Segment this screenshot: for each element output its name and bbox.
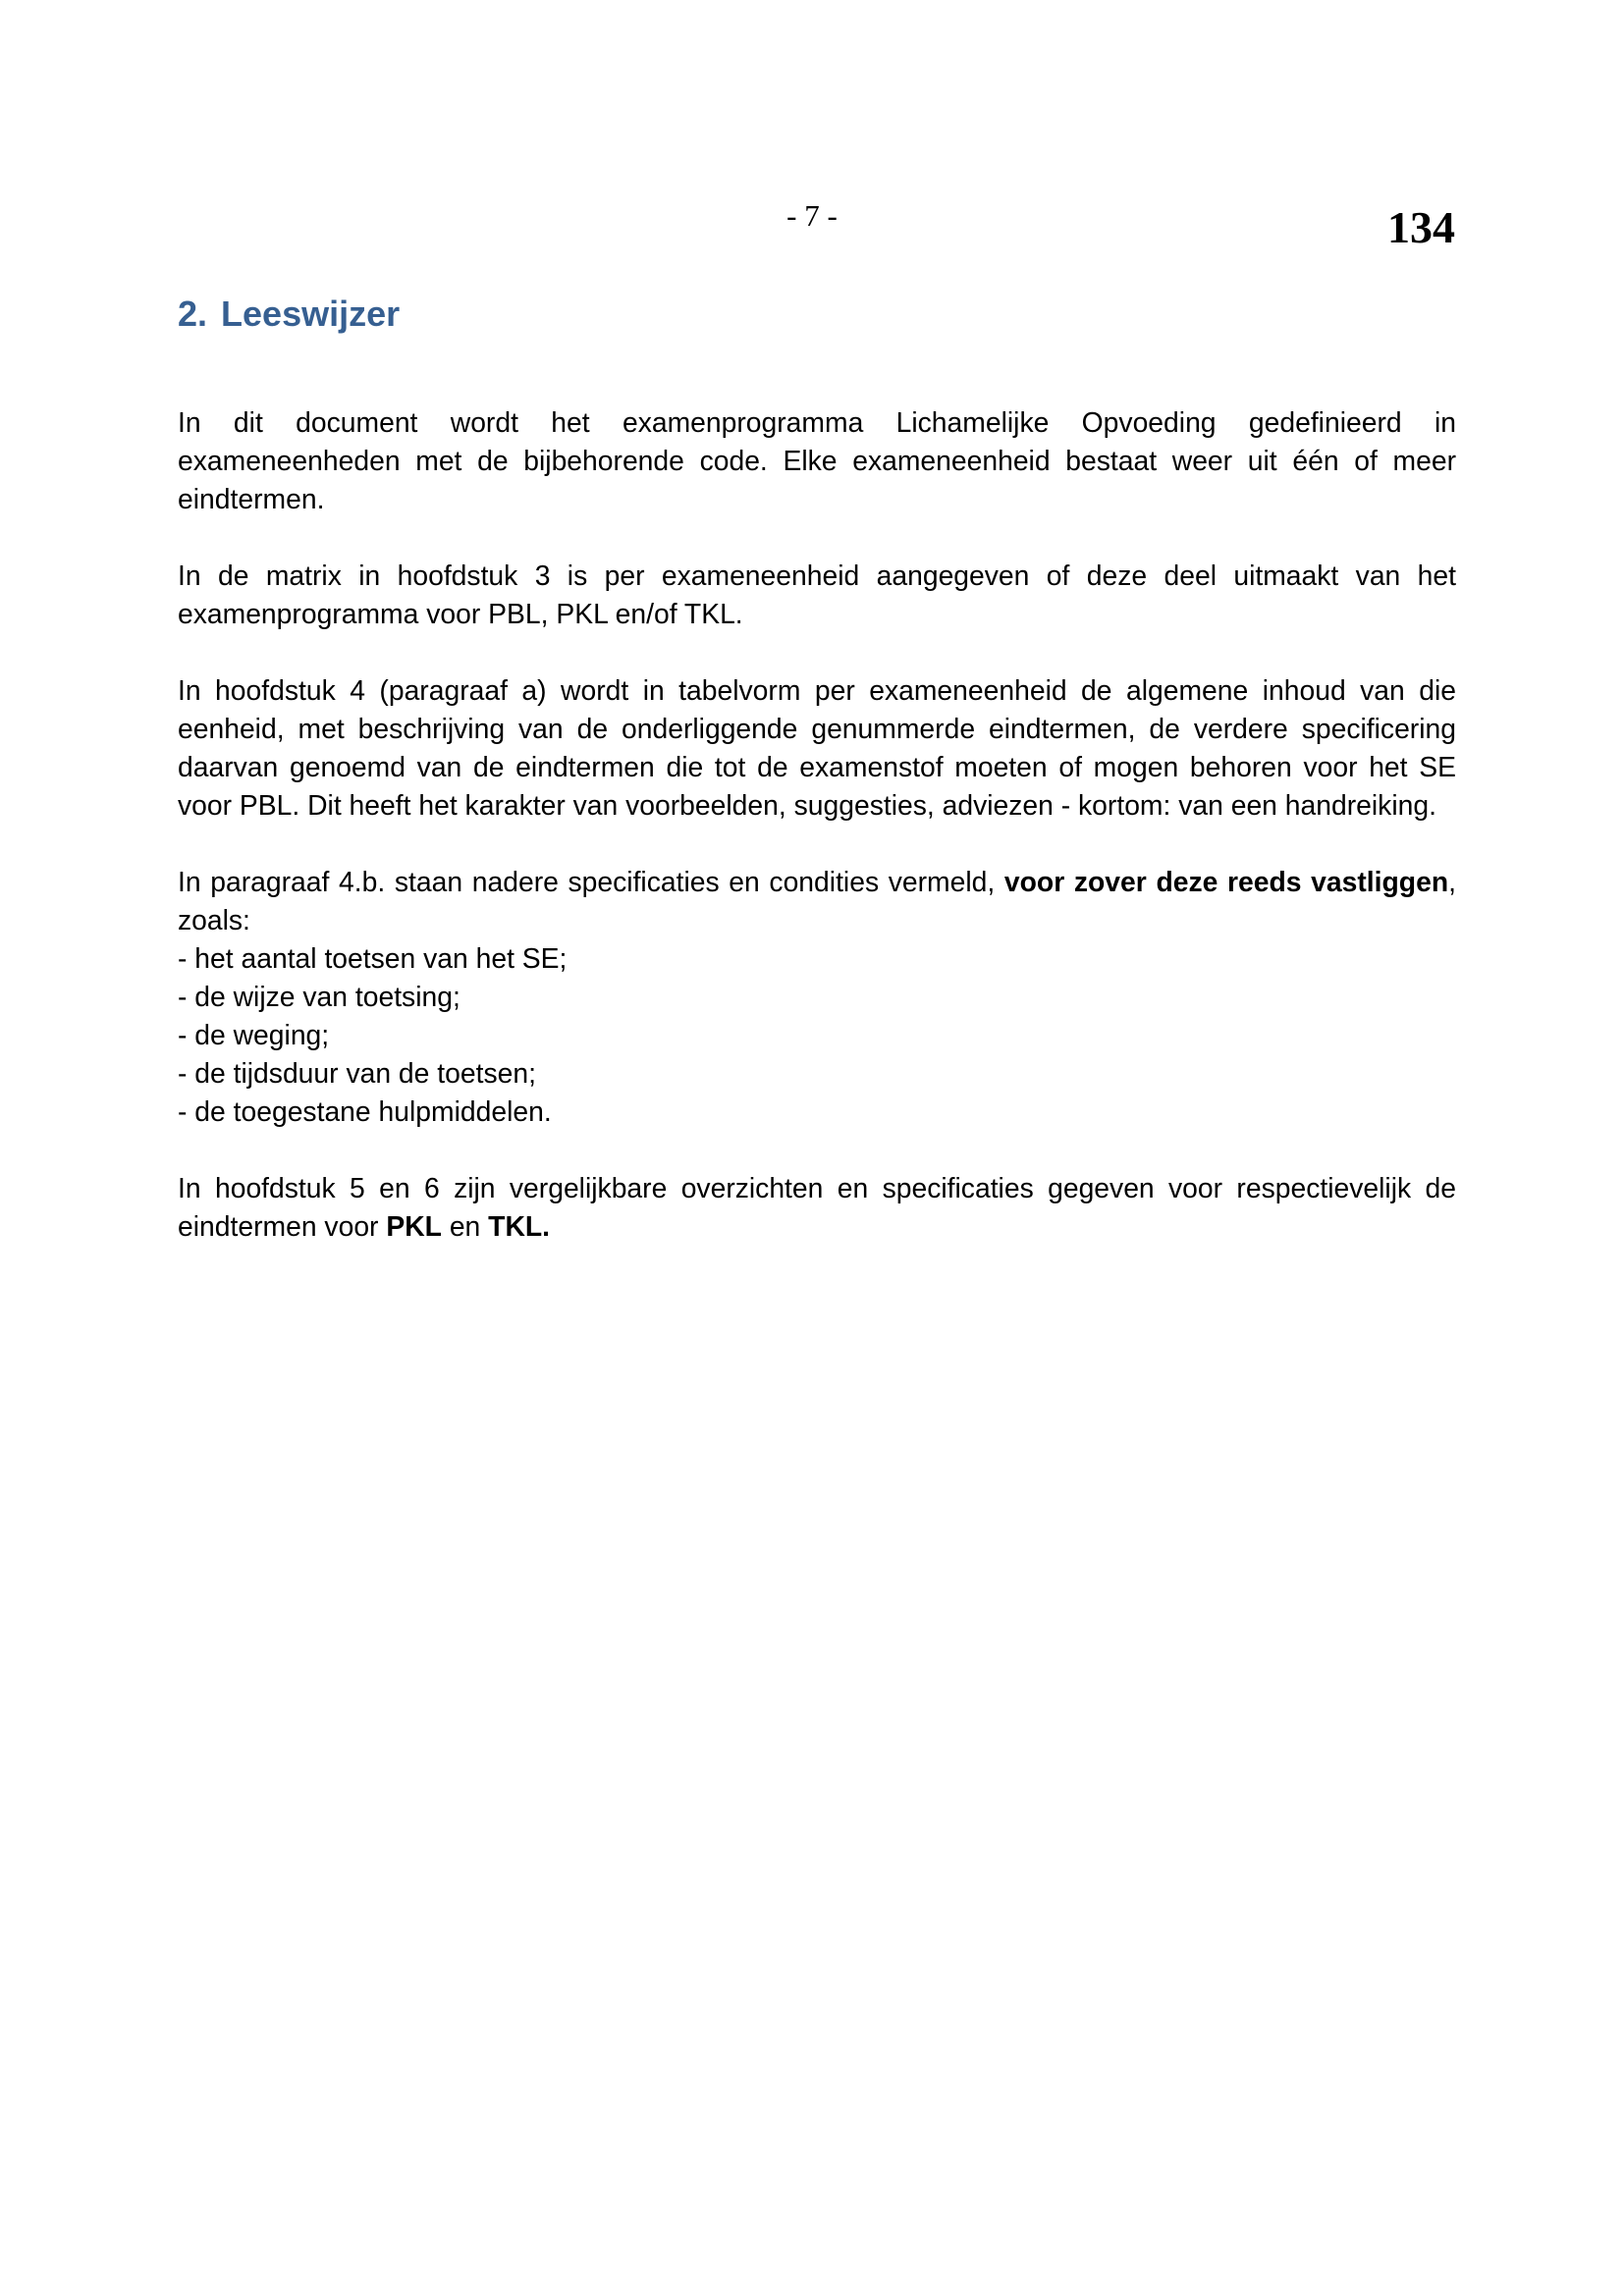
chapter-title: Leeswijzer — [221, 294, 400, 334]
conjunction: en — [442, 1210, 488, 1242]
pkl-label: PKL — [386, 1210, 442, 1242]
specifications-list: - het aantal toetsen van het SE; - de wi… — [178, 939, 1456, 1131]
list-item: - de tijdsduur van de toetsen; — [178, 1054, 1456, 1093]
page-number: - 7 - — [0, 199, 1624, 233]
list-item: - de weging; — [178, 1016, 1456, 1054]
specifications-intro: In paragraaf 4.b. staan nadere specifica… — [178, 866, 1004, 897]
paragraph-intro: In dit document wordt het examenprogramm… — [178, 403, 1456, 518]
tkl-label: TKL. — [488, 1210, 550, 1242]
chapter-number: 2. — [178, 292, 207, 337]
specifications-emphasis: voor zover deze reeds vastliggen — [1004, 866, 1448, 897]
paragraph-matrix: In de matrix in hoofdstuk 3 is per exame… — [178, 557, 1456, 633]
paragraph-chapter-4: In hoofdstuk 4 (paragraaf a) wordt in ta… — [178, 671, 1456, 825]
body-text: In dit document wordt het examenprogramm… — [178, 403, 1456, 1284]
list-item: - de toegestane hulpmiddelen. — [178, 1093, 1456, 1131]
list-item: - de wijze van toetsing; — [178, 978, 1456, 1016]
document-number: 134 — [1387, 202, 1455, 253]
chapters-5-6-intro: In hoofdstuk 5 en 6 zijn vergelijkbare o… — [178, 1172, 1456, 1242]
paragraph-specifications: In paragraaf 4.b. staan nadere specifica… — [178, 863, 1456, 939]
list-item: - het aantal toetsen van het SE; — [178, 939, 1456, 978]
chapter-heading: 2.Leeswijzer — [178, 292, 400, 337]
paragraph-chapters-5-6: In hoofdstuk 5 en 6 zijn vergelijkbare o… — [178, 1169, 1456, 1246]
